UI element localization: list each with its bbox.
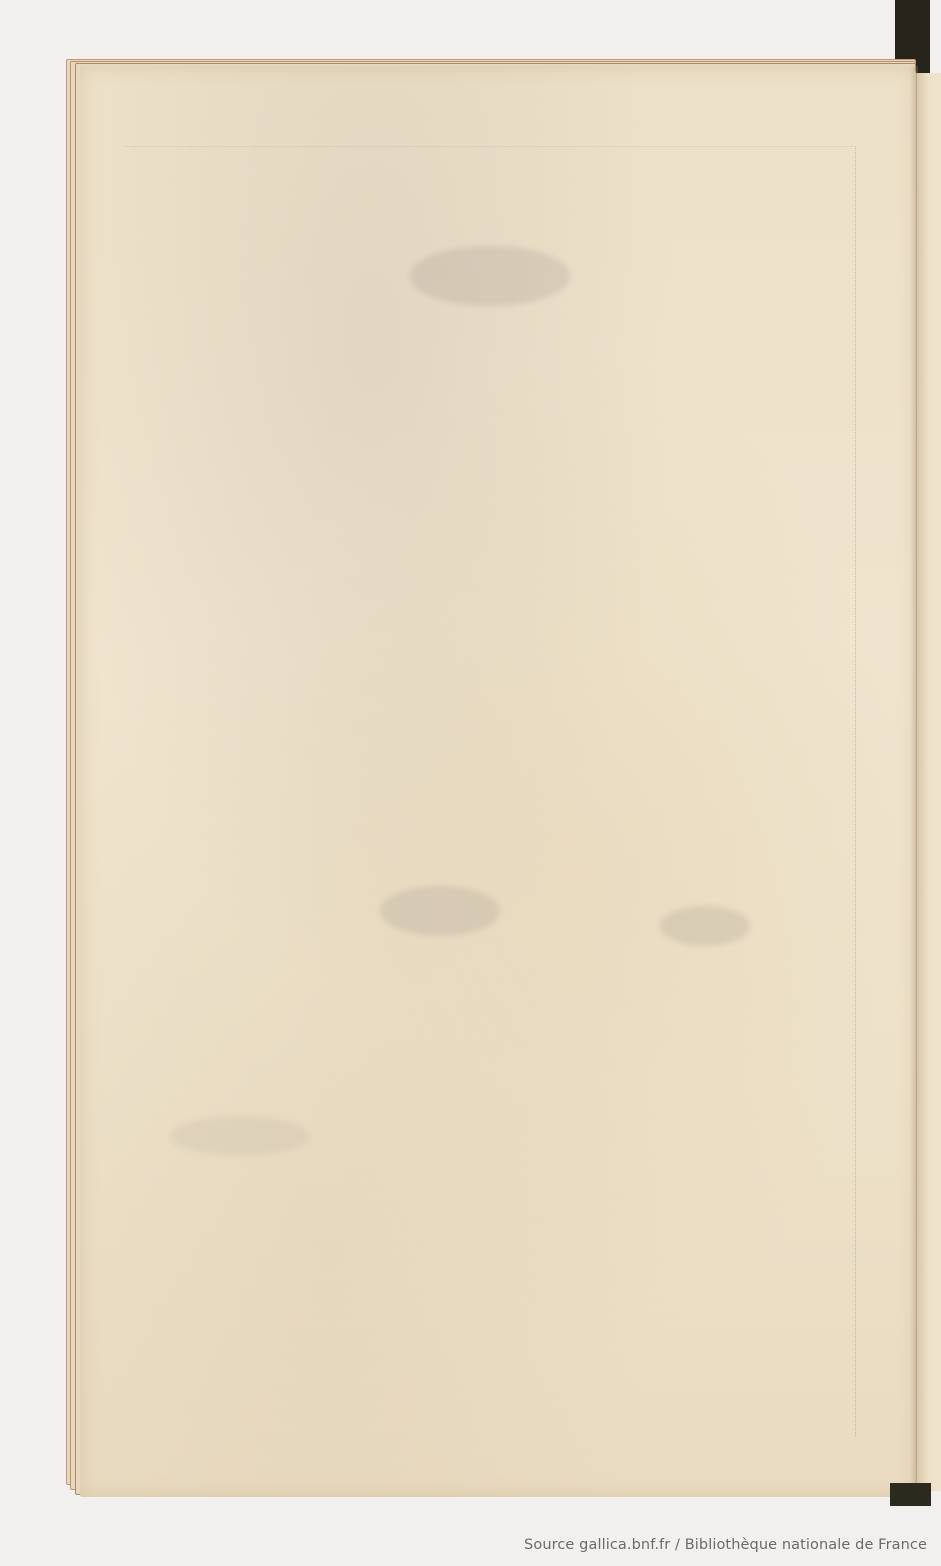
document-viewer: Source gallica.bnf.fr / Bibliothèque nat… [0,0,941,1566]
show-through-smudge [660,906,750,946]
show-through-smudge [170,1116,310,1156]
scanned-page [80,66,916,1497]
show-through-frame [125,146,856,1437]
show-through-smudge [410,246,570,306]
show-through-smudge [380,886,500,936]
facing-page-edge [916,73,941,1491]
source-caption: Source gallica.bnf.fr / Bibliothèque nat… [524,1537,927,1553]
binding-tab-bottom [890,1483,931,1506]
